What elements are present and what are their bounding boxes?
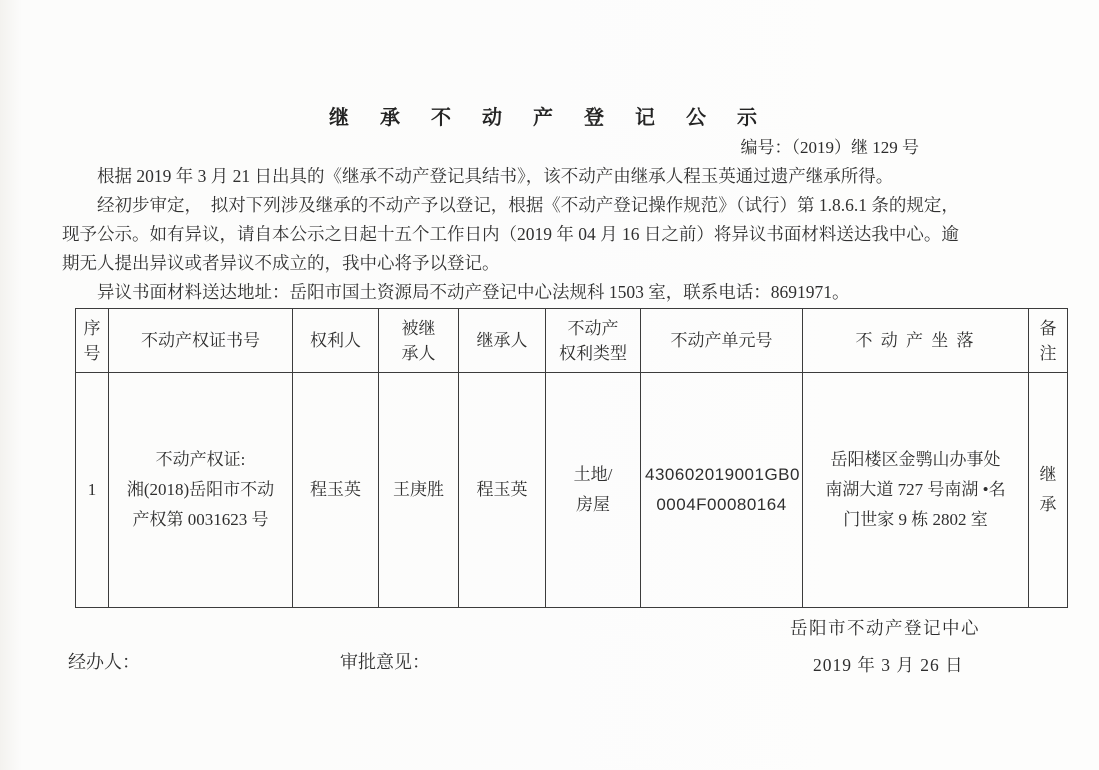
cell-cert-no: 不动产权证: 湘(2018)岳阳市不动 产权第 0031623 号: [109, 373, 293, 608]
cell-holder: 程玉英: [293, 373, 379, 608]
col-header-holder: 权利人: [293, 309, 379, 373]
cell-right-type: 土地/ 房屋: [546, 373, 641, 608]
body-line: 异议书面材料送达地址：岳阳市国土资源局不动产登记中心法规科 1503 室，联系电…: [62, 278, 1040, 307]
cell-heir: 程玉英: [459, 373, 546, 608]
cell-decedent: 王庚胜: [379, 373, 459, 608]
body-line: 现予公示。如有异议，请自本公示之日起十五个工作日内（2019 年 04 月 16…: [62, 220, 1040, 249]
col-header-right-type: 不动产 权利类型: [546, 309, 641, 373]
col-header-cert-no: 不动产权证书号: [109, 309, 293, 373]
page-title: 继 承 不 动 产 登 记 公 示: [0, 101, 1099, 130]
col-header-decedent: 被继 承人: [379, 309, 459, 373]
scanned-notice-page: 继 承 不 动 产 登 记 公 示 编号：（2019）继 129 号 根据 20…: [0, 0, 1099, 770]
body-line: 根据 2019 年 3 月 21 日出具的《继承不动产登记具结书》，该不动产由继…: [62, 162, 1040, 191]
col-header-remark: 备 注: [1029, 309, 1068, 373]
table-row: 1 不动产权证: 湘(2018)岳阳市不动 产权第 0031623 号 程玉英 …: [76, 373, 1068, 608]
col-header-seq: 序 号: [76, 309, 109, 373]
approval-opinion-label: 审批意见：: [340, 648, 430, 674]
cell-location: 岳阳楼区金鹗山办事处 南湖大道 727 号南湖 •名 门世家 9 栋 2802 …: [803, 373, 1029, 608]
cell-remark: 继 承: [1029, 373, 1068, 608]
cell-unit-no: 430602019001GB0 0004F00080164: [641, 373, 803, 608]
issue-date: 2019 年 3 月 26 日: [813, 652, 964, 677]
body-line: 期无人提出异议或者异议不成立的，我中心将予以登记。: [62, 249, 1040, 278]
col-header-unit-no: 不动产单元号: [641, 309, 803, 373]
table-header-row: 序 号 不动产权证书号 权利人 被继 承人 继承人 不动产 权利类型 不动产单元…: [76, 309, 1068, 373]
handler-label: 经办人：: [68, 648, 140, 674]
issuing-org-name: 岳阳市不动产登记中心: [790, 615, 980, 640]
body-line: 经初步审定， 拟对下列涉及继承的不动产予以登记，根据《不动产登记操作规范》（试行…: [62, 191, 1040, 220]
doc-number: 编号：（2019）继 129 号: [741, 133, 920, 158]
cell-seq: 1: [76, 373, 109, 608]
col-header-location: 不 动 产 坐 落: [803, 309, 1029, 373]
registration-table: 序 号 不动产权证书号 权利人 被继 承人 继承人 不动产 权利类型 不动产单元…: [75, 308, 1068, 608]
col-header-heir: 继承人: [459, 309, 546, 373]
notice-body: 根据 2019 年 3 月 21 日出具的《继承不动产登记具结书》，该不动产由继…: [62, 162, 1040, 307]
